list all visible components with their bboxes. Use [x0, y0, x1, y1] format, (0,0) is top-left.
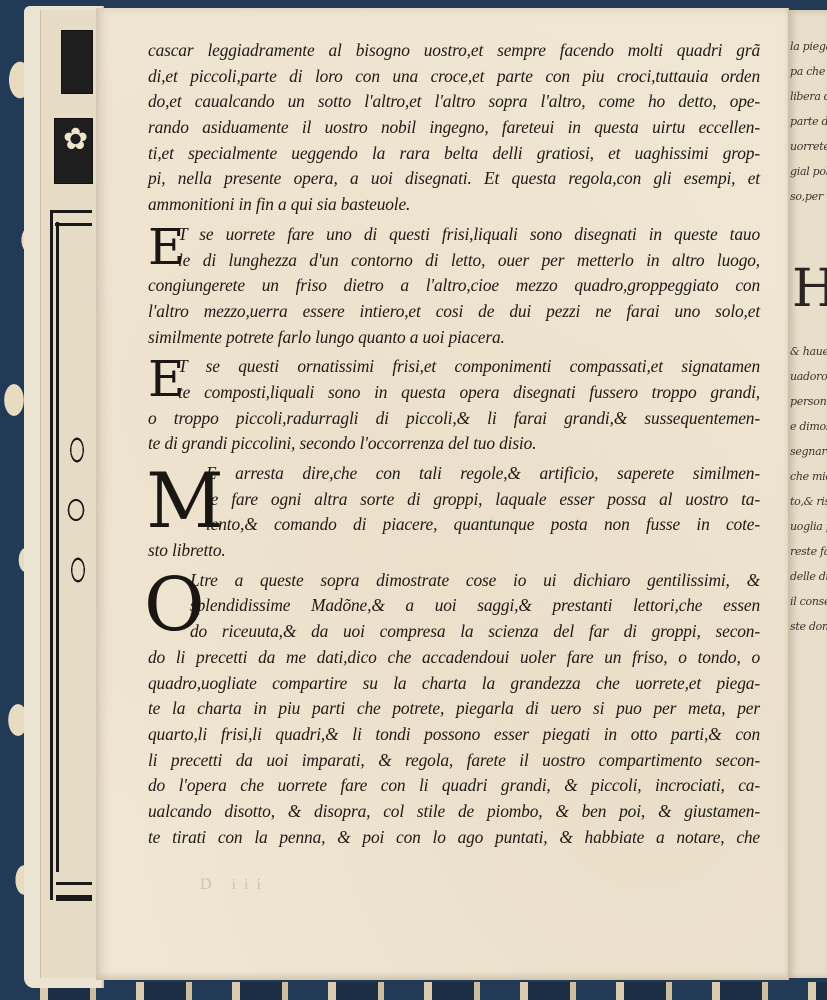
text-line: E arresta dire,che con tali regole,& art…	[148, 461, 760, 487]
woodcut-vine-ornament	[62, 420, 92, 620]
text-line: do,et caualcando un sotto l'altro,et l'a…	[148, 89, 760, 115]
next-page-line: parte di charta	[790, 115, 827, 128]
text-line: l'altro mezzo,uerra essere intiero,et co…	[148, 299, 760, 325]
next-page-line: libera dapoi p	[790, 90, 827, 103]
text-line: te composti,liquali sono in questa opera…	[148, 380, 760, 406]
text-line: ti,et specialmente ueggendo la rara belt…	[148, 141, 760, 167]
next-page-line: persone, di	[790, 395, 827, 408]
paragraph-continuation: cascar leggiadramente al bisogno uostro,…	[148, 38, 760, 218]
text-line: cascar leggiadramente al bisogno uostro,…	[148, 38, 760, 64]
next-page-line: to,& risu	[790, 495, 827, 508]
next-page-line: pa che uorre	[790, 65, 827, 78]
paragraph-et-se-uorrete: E T se uorrete fare uno di questi frisi,…	[148, 222, 760, 350]
signature-mark-showthrough: D iii	[200, 876, 269, 894]
dropcap-initial: O	[144, 568, 205, 642]
woodcut-border-left	[56, 222, 59, 872]
text-line: sto libretto.	[148, 538, 760, 564]
dropcap-initial: E	[148, 222, 184, 272]
text-line: congiungerete un friso dietro a l'altro,…	[148, 273, 760, 299]
paragraph-oltre-a-queste: O Ltre a queste sopra dimostrate cose io…	[148, 568, 760, 851]
text-line: rando asiduamente il uostro nobil ingegn…	[148, 115, 760, 141]
woodcut-border-bottom	[56, 882, 92, 885]
next-page-line: uorrete l'ope	[790, 140, 827, 153]
next-page-line: e dimostr	[790, 420, 827, 433]
text-line: T se questi ornatissimi frisi,et componi…	[148, 354, 760, 380]
text-line: do riceuuta,& da uoi compresa la scienza…	[148, 619, 760, 645]
woodcut-border-outer	[50, 210, 53, 900]
paragraph-me-arresta: M E arresta dire,che con tali regole,& a…	[148, 461, 760, 564]
woodcut-border-top	[50, 210, 92, 213]
paragraph-et-se-questi: E T se questi ornatissimi frisi,et compo…	[148, 354, 760, 457]
text-line: ualcando disotto, & disopra, col stile d…	[148, 799, 760, 825]
dropcap-initial: M	[146, 463, 224, 539]
woodcut-figure-block	[61, 30, 93, 94]
text-line: quarto,li frisi,li quadri,& li tondi pos…	[148, 722, 760, 748]
next-page-line: uoglia per	[790, 520, 827, 533]
text-line: quadro,uogliate compartire su la charta …	[148, 671, 760, 697]
text-line: T se uorrete fare uno di questi frisi,li…	[148, 222, 760, 248]
dropcap-initial: E	[148, 354, 184, 404]
text-line: li precetti da uoi imparati, & regola, f…	[148, 748, 760, 774]
next-page-line: & hauen	[790, 345, 827, 358]
next-page-line: ste doni	[790, 620, 827, 633]
next-page-line: uadorosi	[790, 370, 827, 383]
next-page-edge: la piegatura pa che uorre libera dapoi p…	[788, 10, 827, 978]
text-line: lento,& comando di piacere, quantunque p…	[148, 512, 760, 538]
cover-bottom-edge	[0, 982, 827, 1000]
text-line: le di lunghezza d'un contorno di letto, …	[148, 248, 760, 274]
next-page-line: la piegatura	[790, 40, 827, 53]
woodcut-border-base	[56, 895, 92, 901]
next-page-line: gial poluero	[790, 165, 827, 178]
next-page-line: che mio d	[790, 470, 827, 483]
text-line: similmente potrete farlo lungo quanto a …	[148, 325, 760, 351]
text-line: te di grandi piccolini, secondo l'occorr…	[148, 431, 760, 457]
next-page-line: so,per ue	[790, 190, 827, 203]
next-page-line: il conseru	[790, 595, 827, 608]
text-line: te fare ogni altra sorte di groppi, laqu…	[148, 487, 760, 513]
text-line: di,et piccoli,parte di loro con una croc…	[148, 64, 760, 90]
next-page-line: reste fatic	[790, 545, 827, 558]
woodcut-border-inner	[55, 223, 92, 226]
next-page-line: delle diuir	[790, 570, 827, 583]
text-line: o troppo piccoli,radurragli di piccoli,&…	[148, 406, 760, 432]
text-line: do l'opera che uorrete fare con li quadr…	[148, 773, 760, 799]
text-line: pi, nella presente opera, a uoi disegnat…	[148, 166, 760, 192]
text-line: do li precetti da me dati,dico che accad…	[148, 645, 760, 671]
text-line: Ltre a queste sopra dimostrate cose io u…	[148, 568, 760, 594]
text-line: splendidissime Madõne,& a uoi saggi,& pr…	[148, 593, 760, 619]
text-line: te tirati con la penna, & poi con lo ago…	[148, 825, 760, 851]
woodcut-flower-icon	[54, 118, 93, 184]
text-line: te la charta in piu parti che potrete, p…	[148, 696, 760, 722]
text-line: ammonitioni in fin a qui sia basteuole.	[148, 192, 760, 218]
body-text: cascar leggiadramente al bisogno uostro,…	[148, 38, 760, 850]
next-page-dropcap: H	[792, 263, 827, 315]
next-page-line: segnare, e	[790, 445, 827, 458]
